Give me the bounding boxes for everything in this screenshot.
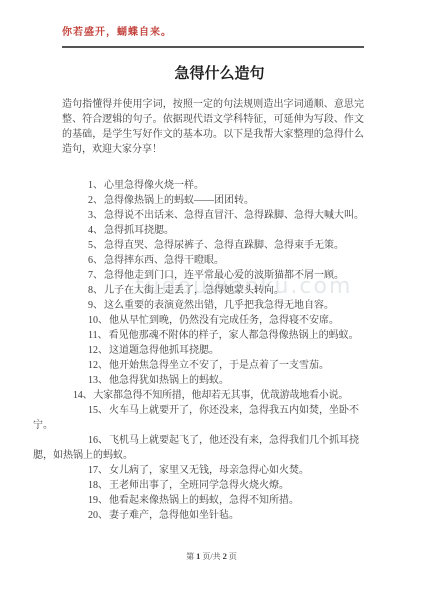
list-item-text: 急得他走到门口，连平常最心爱的波斯猫都不屑一顾。: [104, 270, 344, 281]
list-item-text: 王老师出事了，全班同学急得火烧火燎。: [109, 480, 289, 491]
list-item-number: 20、: [88, 510, 108, 521]
list-item: 6、急得摔东西、急得干瞪眼。: [33, 253, 373, 268]
list-item-number: 6、: [88, 255, 103, 266]
list-item: 12、这道题急得他抓耳挠腮。: [33, 343, 373, 358]
list-item: 16、飞机马上就要起飞了，他还没有来，急得我们几个抓耳挠腮，如热锅上的蚂蚁。: [33, 433, 373, 463]
list-item-number: 10、: [88, 315, 108, 326]
list-item-number: 15、: [88, 405, 108, 416]
list-item-text: 女儿病了，家里又无钱，母亲急得心如火焚。: [109, 465, 309, 476]
list-item: 13、他急得犹如热锅上的蚂蚁。: [33, 373, 373, 388]
list-item: 15、火车马上就要开了，你还没来，急得我五内如焚，坐卧不宁。: [33, 403, 373, 433]
intro-paragraph: 造句指懂得并使用字词，按照一定的句法规则造出字词通顺、意思完整、符合逻辑的句子。…: [62, 97, 364, 157]
list-item: 7、急得他走到门口，连平常最心爱的波斯猫都不屑一顾。: [33, 268, 373, 283]
sentence-list: 1、心里急得像火烧一样。 2、急得像热锅上的蚂蚁——团团转。 3、急得说不出话来…: [33, 178, 373, 523]
list-item: 20、妻子难产，急得他如坐针毡。: [33, 508, 373, 523]
list-item-number: 12、: [88, 360, 108, 371]
list-item: 4、急得抓耳挠腮。: [33, 223, 373, 238]
list-item-number: 19、: [88, 495, 108, 506]
list-item-number: 18、: [88, 480, 108, 491]
list-item: 17、女儿病了，家里又无钱，母亲急得心如火焚。: [33, 463, 373, 478]
list-item-text: 急得摔东西、急得干瞪眼。: [104, 255, 224, 266]
list-item: 12、他开始焦急得坐立不安了，于是点着了一支雪茄。: [33, 358, 373, 373]
list-item-number: 16、: [88, 435, 108, 446]
list-item-text: 儿子在大街上走丢了，急得她蒙头转向。: [104, 285, 284, 296]
list-item-text: 看见他那魂不附体的样子，家人都急得像热锅上的蚂蚁。: [109, 330, 359, 341]
list-item-text: 火车马上就要开了，你还没来，急得我五内如焚，坐卧不宁。: [33, 405, 359, 431]
footer-label-suffix: 页: [229, 552, 237, 561]
list-item-number: 7、: [88, 270, 103, 281]
list-item-number: 3、: [88, 210, 103, 221]
list-item: 2、急得像热锅上的蚂蚁——团团转。: [33, 193, 373, 208]
list-item: 11、看见他那魂不附体的样子，家人都急得像热锅上的蚂蚁。: [33, 328, 373, 343]
list-item-number: 13、: [88, 375, 108, 386]
page-footer: 第 1 页/共 2 页: [0, 551, 423, 562]
list-item-number: 17、: [88, 465, 108, 476]
list-item: 9、这么重要的表演竟然出错，几乎把我急得无地自容。: [33, 298, 373, 313]
list-item-text: 急得直哭、急得尿裤子、急得直跺脚、急得束手无策。: [104, 240, 344, 251]
list-item-number: 9、: [88, 300, 103, 311]
page-title: 急得什么造句: [33, 63, 406, 84]
list-item: 19、他看起来像热锅上的蚂蚁，急得不知所措。: [33, 493, 373, 508]
list-item-number: 14、: [73, 390, 92, 401]
document-page: 你若盛开，蝴蝶自来。 急得什么造句 造句指懂得并使用字词，按照一定的句法规则造出…: [0, 0, 423, 600]
list-item-text: 妻子难产，急得他如坐针毡。: [109, 510, 239, 521]
list-item-number: 2、: [88, 195, 103, 206]
list-item: 5、急得直哭、急得尿裤子、急得直跺脚、急得束手无策。: [33, 238, 373, 253]
list-item-number: 5、: [88, 240, 103, 251]
footer-label-prefix: 第: [186, 552, 194, 561]
list-item-text: 这么重要的表演竟然出错，几乎把我急得无地自容。: [104, 300, 334, 311]
list-item-text: 急得说不出话来、急得直冒汗、急得跺脚、急得大喊大叫。: [104, 210, 364, 221]
list-item: 18、王老师出事了，全班同学急得火烧火燎。: [33, 478, 373, 493]
list-item-text: 他看起来像热锅上的蚂蚁，急得不知所措。: [109, 495, 299, 506]
list-item-number: 1、: [88, 180, 103, 191]
list-item: 1、心里急得像火烧一样。: [33, 178, 373, 193]
list-item-number: 8、: [88, 285, 103, 296]
footer-label-mid: 页/共: [202, 552, 220, 561]
list-item: 3、急得说不出话来、急得直冒汗、急得跺脚、急得大喊大叫。: [33, 208, 373, 223]
list-item-number: 11、: [88, 330, 108, 341]
list-item-text: 心里急得像火烧一样。: [104, 180, 204, 191]
list-item-number: 4、: [88, 225, 103, 236]
list-item-text: 飞机马上就要起飞了，他还没有来，急得我们几个抓耳挠腮，如热锅上的蚂蚁。: [33, 435, 359, 461]
list-item-text: 他从早忙到晚，仍然没有完成任务，急得寝不安席。: [109, 315, 339, 326]
footer-total-pages: 2: [223, 551, 227, 561]
list-item: 10、他从早忙到晚，仍然没有完成任务，急得寝不安席。: [33, 313, 373, 328]
list-item-text: 他开始焦急得坐立不安了，于是点着了一支雪茄。: [109, 360, 329, 371]
header-tagline: 你若盛开，蝴蝶自来。: [62, 26, 406, 40]
list-item: 14、大家都急得不知所措，他却若无其事，优哉游哉地看小说。: [33, 388, 373, 403]
list-item-text: 大家都急得不知所措，他却若无其事，优哉游哉地看小说。: [93, 390, 348, 401]
list-item: 8、儿子在大街上走丢了，急得她蒙头转向。: [33, 283, 373, 298]
list-item-text: 他急得犹如热锅上的蚂蚁。: [109, 375, 229, 386]
list-item-text: 急得像热锅上的蚂蚁——团团转。: [104, 195, 254, 206]
list-item-text: 急得抓耳挠腮。: [104, 225, 174, 236]
list-item-text: 这道题急得他抓耳挠腮。: [109, 345, 219, 356]
header-divider: [62, 46, 364, 48]
footer-page-number: 1: [196, 551, 200, 561]
list-item-number: 12、: [88, 345, 108, 356]
